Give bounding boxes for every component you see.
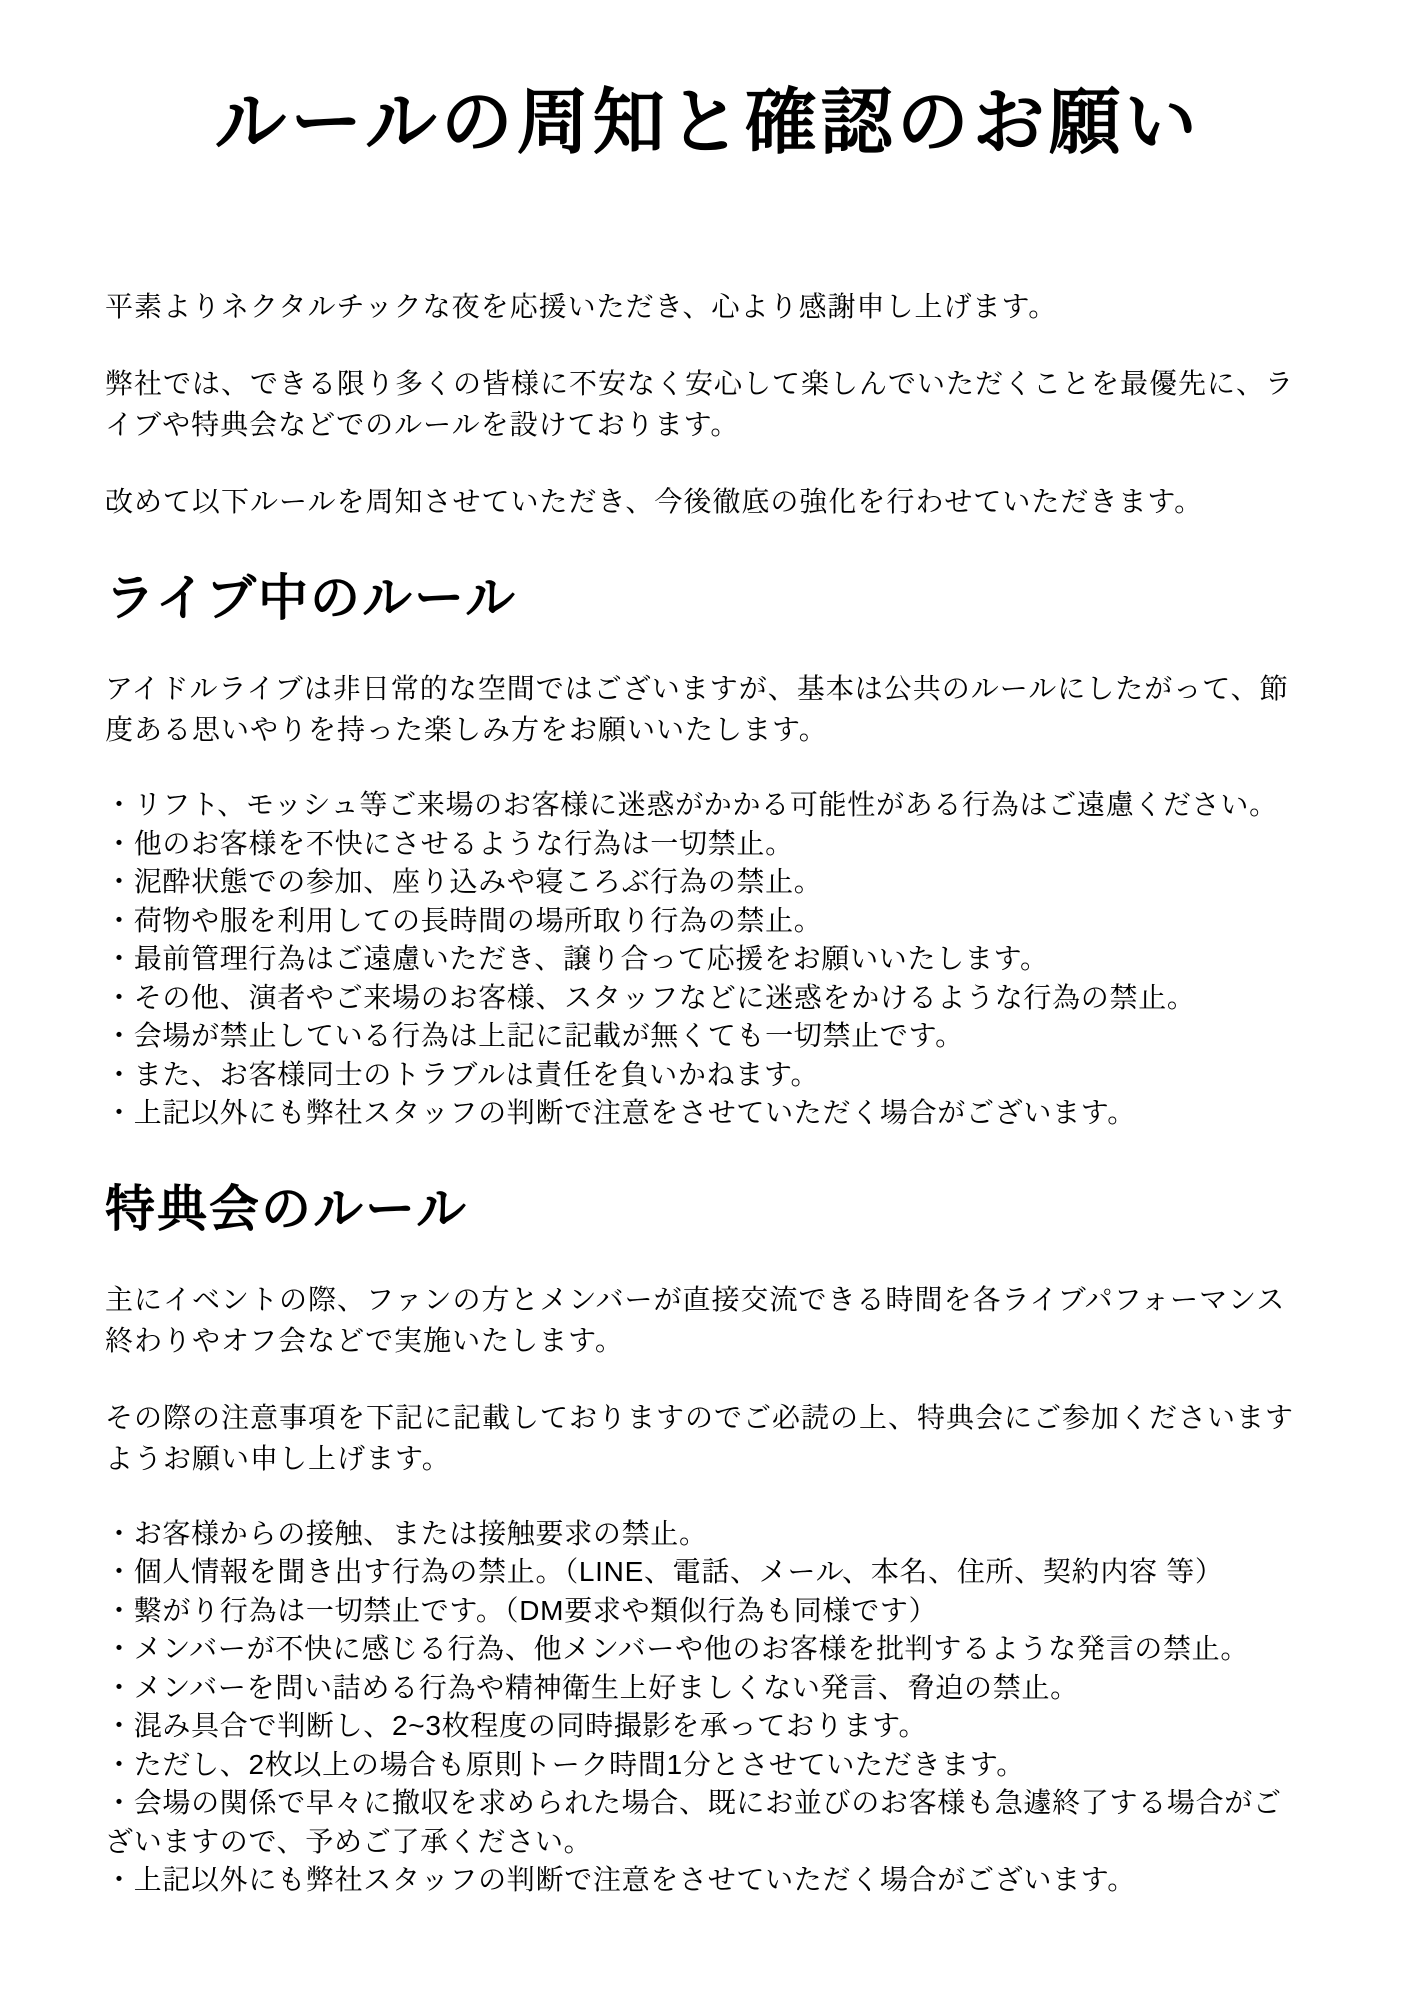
tokutenkai-rules-heading: 特典会のルール bbox=[105, 1179, 1310, 1239]
live-rules-list: ・リフト、モッシュ等ご来場のお客様に迷惑がかかる可能性がある行為はご遠慮ください… bbox=[105, 786, 1310, 1133]
rule-item: ・メンバーが不快に感じる行為、他メンバーや他のお客様を批判するような発言の禁止。 bbox=[105, 1630, 1310, 1669]
rule-item: ・混み具合で判断し、2~3枚程度の同時撮影を承っております。 bbox=[105, 1707, 1310, 1746]
rule-item: ・個人情報を聞き出す行為の禁止。（LINE、電話、メール、本名、住所、契約内容 … bbox=[105, 1553, 1310, 1592]
tokutenkai-paragraph-2: その際の注意事項を下記に記載しておりますのでご必読の上、特典会にご参加くださいま… bbox=[105, 1397, 1310, 1479]
rule-item: ・他のお客様を不快にさせるような行為は一切禁止。 bbox=[105, 825, 1310, 864]
rule-item: ・上記以外にも弊社スタッフの判断で注意をさせていただく場合がございます。 bbox=[105, 1861, 1310, 1900]
rule-item: ・繋がり行為は一切禁止です。（DM要求や類似行為も同様です） bbox=[105, 1592, 1310, 1631]
rule-item: ・また、お客様同士のトラブルは責任を負いかねます。 bbox=[105, 1056, 1310, 1095]
intro-paragraph-2: 弊社では、できる限り多くの皆様に不安なく安心して楽しんでいただくことを最優先に、… bbox=[105, 363, 1310, 445]
rule-item: ・ただし、2枚以上の場合も原則トーク時間1分とさせていただきます。 bbox=[105, 1746, 1310, 1785]
tokutenkai-rules-list: ・お客様からの接触、または接触要求の禁止。 ・個人情報を聞き出す行為の禁止。（L… bbox=[105, 1515, 1310, 1900]
rule-item: ・会場が禁止している行為は上記に記載が無くても一切禁止です。 bbox=[105, 1017, 1310, 1056]
rule-item: ・メンバーを問い詰める行為や精神衛生上好ましくない発言、脅迫の禁止。 bbox=[105, 1669, 1310, 1708]
intro-paragraph-1: 平素よりネクタルチックな夜を応援いただき、心より感謝申し上げます。 bbox=[105, 286, 1310, 327]
document-title: ルールの周知と確認のお願い bbox=[105, 80, 1310, 166]
section-live-rules: ライブ中のルール アイドルライブは非日常的な空間ではございますが、基本は公共のル… bbox=[105, 568, 1310, 1133]
rule-item: ・お客様からの接触、または接触要求の禁止。 bbox=[105, 1515, 1310, 1554]
intro-paragraph-3: 改めて以下ルールを周知させていただき、今後徹底の強化を行わせていただきます。 bbox=[105, 481, 1310, 522]
tokutenkai-paragraph-1: 主にイベントの際、ファンの方とメンバーが直接交流できる時間を各ライブパフォーマン… bbox=[105, 1279, 1310, 1361]
rule-item: ・上記以外にも弊社スタッフの判断で注意をさせていただく場合がございます。 bbox=[105, 1094, 1310, 1133]
rule-item: ・最前管理行為はご遠慮いただき、譲り合って応援をお願いいたします。 bbox=[105, 940, 1310, 979]
rule-item: ・泥酔状態での参加、座り込みや寝ころぶ行為の禁止。 bbox=[105, 863, 1310, 902]
rule-item: ・会場の関係で早々に撤収を求められた場合、既にお並びのお客様も急遽終了する場合が… bbox=[105, 1784, 1310, 1861]
rule-item: ・リフト、モッシュ等ご来場のお客様に迷惑がかかる可能性がある行為はご遠慮ください… bbox=[105, 786, 1310, 825]
document-page: ルールの周知と確認のお願い 平素よりネクタルチックな夜を応援いただき、心より感謝… bbox=[0, 0, 1415, 2000]
live-rules-heading: ライブ中のルール bbox=[105, 568, 1310, 628]
intro-section: 平素よりネクタルチックな夜を応援いただき、心より感謝申し上げます。 弊社では、で… bbox=[105, 286, 1310, 522]
rule-item: ・その他、演者やご来場のお客様、スタッフなどに迷惑をかけるような行為の禁止。 bbox=[105, 979, 1310, 1018]
rule-item: ・荷物や服を利用しての長時間の場所取り行為の禁止。 bbox=[105, 902, 1310, 941]
section-tokutenkai-rules: 特典会のルール 主にイベントの際、ファンの方とメンバーが直接交流できる時間を各ラ… bbox=[105, 1179, 1310, 1900]
live-rules-paragraph: アイドルライブは非日常的な空間ではございますが、基本は公共のルールにしたがって、… bbox=[105, 668, 1310, 750]
